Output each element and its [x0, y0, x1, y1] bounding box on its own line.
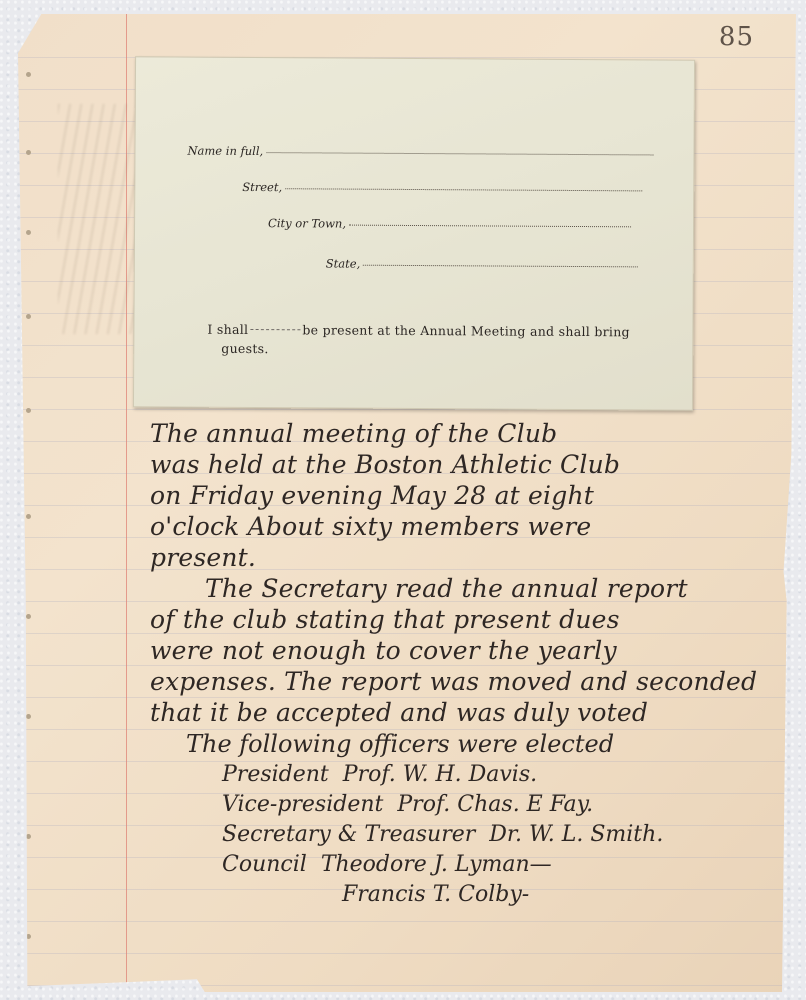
- punch-hole: [26, 72, 31, 77]
- minutes-line: The Secretary read the annual report: [150, 573, 790, 604]
- officer-name: Dr. W. L. Smith.: [489, 822, 663, 847]
- attendance-prefix: I shall: [207, 322, 248, 337]
- punch-hole: [26, 150, 31, 155]
- minutes-line: of the club stating that present dues: [150, 604, 790, 635]
- punch-hole: [26, 834, 31, 839]
- officer-name: Theodore J. Lyman—: [321, 852, 552, 877]
- field-label: Street,: [242, 180, 285, 194]
- officer-entry: Council Theodore J. Lyman—: [222, 850, 663, 880]
- field-street: Street,: [242, 180, 642, 196]
- attendance-suffix: be present at the Annual Meeting and sha…: [302, 322, 630, 339]
- minutes-line: o'clock About sixty members were: [150, 511, 790, 542]
- punch-hole: [26, 514, 31, 519]
- officers-list: President Prof. W. H. Davis. Vice-presid…: [222, 760, 663, 910]
- field-label: State,: [326, 256, 364, 270]
- minutes-line: was held at the Boston Athletic Club: [150, 449, 790, 480]
- field-name-in-full: Name in full,: [187, 144, 653, 161]
- officer-role: Secretary & Treasurer: [222, 822, 475, 847]
- punch-hole: [26, 614, 31, 619]
- officer-role: Council: [222, 852, 307, 877]
- punch-hole: [26, 408, 31, 413]
- minutes-line: on Friday evening May 28 at eight: [150, 480, 790, 511]
- field-state: State,: [326, 256, 638, 272]
- field-blank-line[interactable]: [266, 151, 653, 155]
- punch-hole: [26, 230, 31, 235]
- officer-name: Prof. Chas. E Fay.: [397, 792, 593, 817]
- field-label: City or Town,: [268, 216, 349, 230]
- officers-heading: The following officers were elected: [186, 730, 614, 758]
- attendance-statement: I shallbe present at the Annual Meeting …: [207, 320, 647, 361]
- attendance-continuation: guests.: [207, 341, 268, 356]
- field-blank-line[interactable]: [349, 224, 631, 228]
- field-blank-line[interactable]: [285, 187, 642, 191]
- officer-entry: Secretary & Treasurer Dr. W. L. Smith.: [222, 820, 663, 850]
- punch-hole: [26, 714, 31, 719]
- field-city-or-town: City or Town,: [268, 216, 631, 232]
- officer-entry: Francis T. Colby-: [222, 880, 663, 910]
- field-label: Name in full,: [187, 144, 266, 158]
- minutes-line: present.: [150, 542, 790, 573]
- faded-bleed-through: [58, 104, 138, 334]
- punch-hole: [26, 934, 31, 939]
- response-card: Name in full, Street, City or Town, Stat…: [133, 56, 695, 410]
- officer-entry: Vice-president Prof. Chas. E Fay.: [222, 790, 663, 820]
- officer-role: Vice-president: [222, 792, 383, 817]
- officer-role: President: [222, 762, 329, 787]
- minutes-line: that it be accepted and was duly voted: [150, 697, 790, 728]
- handwritten-minutes: The annual meeting of the Club was held …: [150, 418, 790, 728]
- punch-hole: [26, 314, 31, 319]
- attendance-blank[interactable]: [250, 329, 300, 330]
- minutes-line: The annual meeting of the Club: [150, 418, 790, 449]
- minutes-line: expenses. The report was moved and secon…: [150, 666, 790, 697]
- officer-entry: President Prof. W. H. Davis.: [222, 760, 663, 790]
- field-blank-line[interactable]: [363, 264, 638, 268]
- officer-name: Francis T. Colby-: [342, 882, 529, 907]
- page-number: 85: [719, 22, 754, 52]
- officer-name: Prof. W. H. Davis.: [343, 762, 537, 787]
- minutes-line: were not enough to cover the yearly: [150, 635, 790, 666]
